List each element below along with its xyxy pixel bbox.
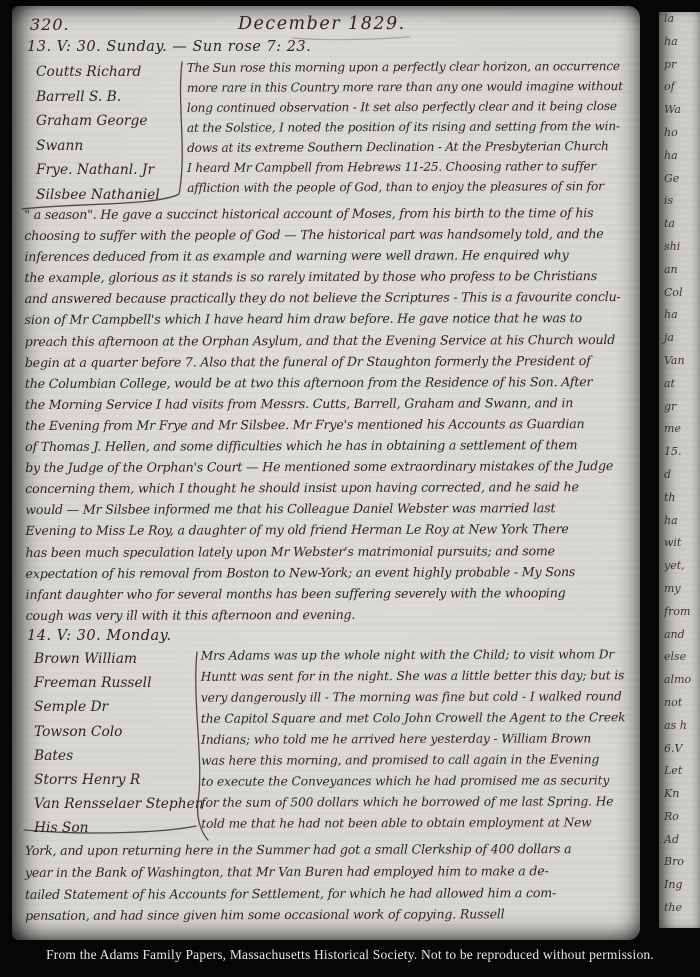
manuscript-line: Huntt was sent for in the night. She was…	[201, 668, 626, 690]
edge-fragment: 15.	[659, 445, 700, 468]
manuscript-line: would — Mr Silsbee informed me that his …	[25, 500, 621, 523]
edge-fragment: la	[659, 12, 700, 35]
margin-name: Bates	[34, 748, 204, 772]
manuscript-line: expectation of his removal from Boston t…	[26, 564, 622, 587]
edge-fragment: else	[659, 650, 700, 673]
manuscript-line: by the Judge of the Orphan's Court — He …	[25, 458, 621, 481]
next-page-edge: lahaprofWahohaGeistashianColhajaVanatgrm…	[659, 12, 700, 928]
margin-name: Storrs Henry R	[34, 772, 204, 796]
manuscript-line: Mrs Adams was up the whole night with th…	[201, 647, 626, 669]
manuscript-line: at the Solstice, I noted the position of…	[187, 119, 623, 141]
manuscript-line: very dangerously ill - The morning was f…	[201, 689, 626, 711]
manuscript-line: affliction with the people of God, than …	[187, 179, 623, 201]
manuscript-line: pensation, and had since given him some …	[25, 906, 572, 930]
manuscript-line: the example, glorious as it stands is so…	[24, 268, 620, 291]
manuscript-line: told me that he had not been able to obt…	[201, 815, 626, 837]
entry-1-full-text: " a season". He gave a succinct historic…	[24, 205, 621, 629]
edge-fragment: Ge	[659, 172, 700, 195]
edge-fragment: the	[659, 901, 700, 924]
edge-fragment: yet,	[659, 559, 700, 582]
manuscript-line: the Columbian College, would be at two t…	[25, 374, 621, 397]
entry-1-heading: 13. V: 30. Sunday. — Sun rose 7: 23.	[27, 39, 311, 55]
manuscript-line: the Morning Service I had visits from Me…	[25, 395, 621, 418]
edge-fragment: ha	[659, 149, 700, 172]
manuscript-line: of Thomas J. Hellen, and some difficulti…	[25, 437, 621, 460]
edge-fragment: my	[659, 582, 700, 605]
manuscript-line: York, and upon returning here in the Sum…	[25, 841, 572, 865]
edge-fragment: ha	[659, 514, 700, 537]
edge-fragment: ja	[659, 331, 700, 354]
margin-name: Swann	[36, 138, 160, 163]
edge-fragment: an	[659, 263, 700, 286]
edge-fragment: ha	[659, 308, 700, 331]
manuscript-line: the Capitol Square and met Colo John Cro…	[201, 710, 626, 732]
edge-fragment: gr	[659, 400, 700, 423]
margin-name: Van Rensselaer Stephen	[34, 796, 204, 820]
manuscript-line: tailed Statement of his Accounts for Set…	[25, 885, 572, 909]
edge-fragment: Van	[659, 354, 700, 377]
edge-fragment: pr	[659, 58, 700, 81]
manuscript-line: Indians; who told me he arrived here yes…	[201, 731, 626, 753]
edge-fragment: Ro	[659, 810, 700, 833]
margin-name: Barrell S. B.	[36, 89, 160, 114]
manuscript-line: I heard Mr Campbell from Hebrews 11-25. …	[187, 159, 623, 181]
margin-name: Semple Dr	[34, 699, 204, 723]
margin-name: Freeman Russell	[34, 675, 204, 699]
edge-fragment: me	[659, 422, 700, 445]
manuscript-line: dows at its extreme Southern Declination…	[187, 139, 623, 161]
edge-fragment: almo	[659, 673, 700, 696]
edge-fragment: as h	[659, 719, 700, 742]
edge-fragment: ta	[659, 217, 700, 240]
manuscript-line: for the sum of 500 dollars which he borr…	[201, 794, 626, 816]
entry-2-side-text: Mrs Adams was up the whole night with th…	[201, 647, 626, 837]
manuscript-line: The Sun rose this morning upon a perfect…	[187, 59, 623, 81]
manuscript-line: " a season". He gave a succinct historic…	[24, 205, 620, 228]
edge-fragment: and	[659, 628, 700, 651]
margin-name: Frye. Nathanl. Jr	[36, 162, 160, 187]
edge-fragment: not	[659, 696, 700, 719]
margin-name: Brown William	[34, 651, 204, 675]
entry-2-margin-names: Brown WilliamFreeman RussellSemple DrTow…	[34, 651, 204, 845]
edge-fragment: wit	[659, 536, 700, 559]
edge-fragment: of	[659, 80, 700, 103]
margin-name: Graham George	[36, 113, 160, 138]
manuscript-line: more rare in this Country more rare than…	[187, 79, 623, 101]
edge-fragment: Wa	[659, 103, 700, 126]
page-title: December 1829.	[238, 14, 406, 34]
edge-fragment: Ad	[659, 833, 700, 856]
manuscript-line: to execute the Conveyances which he had …	[201, 773, 626, 795]
manuscript-line: was here this morning, and promised to c…	[201, 752, 626, 774]
manuscript-line: cough was very ill with it this afternoo…	[26, 606, 622, 629]
entry-2-full-text: York, and upon returning here in the Sum…	[25, 841, 572, 930]
edge-fragment: Ing	[659, 878, 700, 901]
manuscript-line: inferences deduced from it as example an…	[24, 247, 620, 270]
edge-fragment: shi	[659, 240, 700, 263]
edge-fragment: at	[659, 377, 700, 400]
entry-2-heading: 14. V: 30. Monday.	[27, 628, 172, 644]
entry-1-side-text: The Sun rose this morning upon a perfect…	[187, 59, 624, 201]
edge-fragment: d	[659, 468, 700, 491]
manuscript-line: Evening to Miss Le Roy, a daughter of my…	[25, 521, 621, 544]
manuscript-line: sion of Mr Campbell's which I have heard…	[25, 310, 621, 333]
manuscript-line: preach this afternoon at the Orphan Asyl…	[25, 332, 621, 355]
manuscript-line: infant daughter who for several months h…	[26, 585, 622, 608]
entry-1-margin-names: Coutts RichardBarrell S. B.Graham George…	[36, 64, 160, 211]
scanned-page: lahaprofWahohaGeistashianColhajaVanatgrm…	[0, 0, 700, 977]
edge-fragment: ho	[659, 126, 700, 149]
manuscript-line: and answered because practically they do…	[25, 289, 621, 312]
page-number: 320.	[30, 15, 70, 34]
manuscript-line: has been much speculation lately upon Mr…	[25, 542, 621, 565]
margin-name: Coutts Richard	[36, 64, 160, 89]
margin-name: His Son	[34, 820, 204, 844]
manuscript-line: the Evening from Mr Frye and Mr Silsbee.…	[25, 416, 621, 439]
manuscript-line: choosing to suffer with the people of Go…	[24, 226, 620, 249]
margin-name: Towson Colo	[34, 724, 204, 748]
edge-fragment: th	[659, 491, 700, 514]
edge-fragment: Kn	[659, 787, 700, 810]
edge-fragment: is	[659, 194, 700, 217]
edge-fragment: from	[659, 605, 700, 628]
manuscript-line: begin at a quarter before 7. Also that t…	[25, 353, 621, 376]
caption: From the Adams Family Papers, Massachuse…	[0, 947, 700, 963]
edge-fragment: Col	[659, 286, 700, 309]
manuscript-line: year in the Bank of Washington, that Mr …	[25, 863, 572, 887]
edge-fragment: Bro	[659, 855, 700, 878]
edge-fragment: ha	[659, 35, 700, 58]
edge-fragment: Let	[659, 764, 700, 787]
edge-fragment: 6.V	[659, 742, 700, 765]
manuscript-line: long continued observation - It set also…	[187, 99, 623, 121]
manuscript-line: concerning them, which I thought he shou…	[25, 479, 621, 502]
